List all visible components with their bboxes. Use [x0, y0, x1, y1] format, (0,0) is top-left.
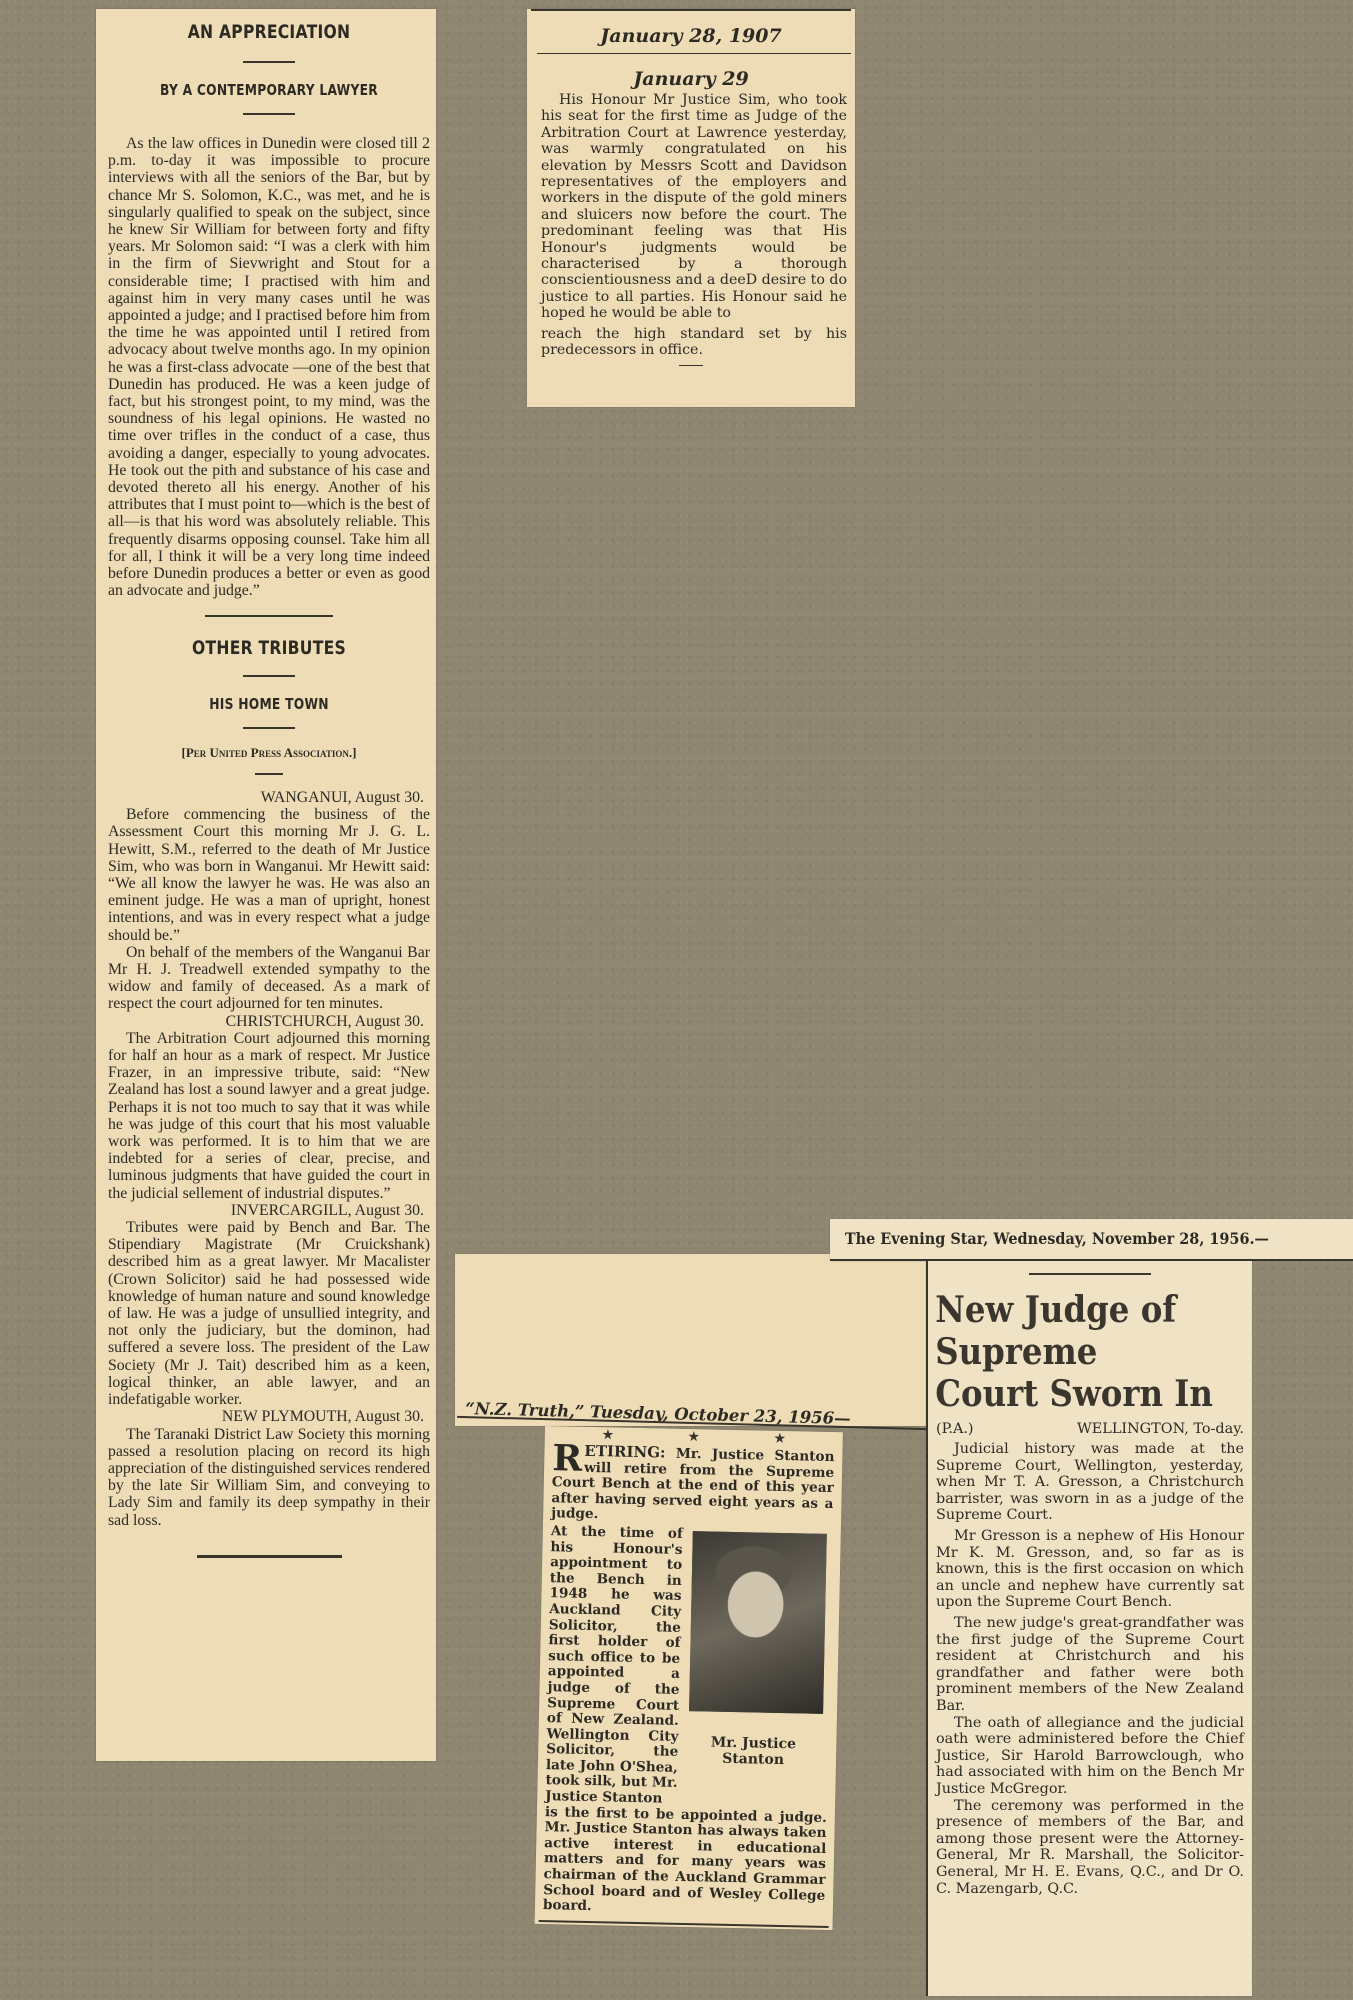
photo-caption: Mr. Justice Stanton — [698, 1735, 809, 1768]
clipping-nz-truth: ★ ★ ★ R ETIRING: Mr. Justice Stanton wil… — [535, 1426, 843, 1930]
dateline-new-plymouth: NEW PLYMOUTH, August 30. — [108, 1408, 430, 1425]
sub-date: January 29 — [527, 68, 855, 90]
report-paragraph: The Arbitration Court adjourned this mor… — [108, 1030, 430, 1202]
agency-credit: [Per United Press Association.] — [108, 745, 430, 761]
divider — [243, 113, 295, 115]
clipping-january-1907: January 28, 1907 January 29 His Honour M… — [527, 9, 855, 407]
article-paragraph: The ceremony was performed in the presen… — [936, 1798, 1244, 1898]
dateline-invercargill: INVERCARGILL, August 30. — [108, 1202, 430, 1219]
dateline: WELLINGTON, To-day. — [1077, 1421, 1244, 1438]
headline-line: New Judge of — [935, 1289, 1219, 1331]
divider — [243, 675, 295, 677]
lead-word: ETIRING: — [584, 1442, 666, 1462]
report-paragraph: The Taranaki District Law Society this m… — [108, 1426, 430, 1529]
source-credit: (P.A.) — [936, 1421, 974, 1438]
portrait-photo — [689, 1531, 827, 1714]
dateline-christchurch: CHRISTCHURCH, August 30. — [108, 1013, 430, 1030]
clipping-evening-star-header: The Evening Star, Wednesday, November 28… — [830, 1219, 1353, 1261]
clipping-nz-truth-header: “N.Z. Truth,” Tuesday, October 23, 1956— — [455, 1254, 927, 1426]
star-icon: ★ — [687, 1429, 700, 1446]
divider — [243, 727, 295, 729]
clipping-appreciation: AN APPRECIATION BY A CONTEMPORARY LAWYER… — [96, 9, 436, 1761]
section-title: OTHER TRIBUTES — [137, 637, 401, 659]
star-icon: ★ — [773, 1431, 786, 1448]
article-subtitle: BY A CONTEMPORARY LAWYER — [137, 81, 401, 99]
article-paragraph-continued: reach the high standard set by his prede… — [541, 326, 847, 359]
article-paragraph: The new judge's great-grandfather was th… — [936, 1615, 1244, 1715]
appreciation-paragraph: As the law offices in Dunedin were close… — [108, 135, 430, 599]
report-paragraph: Tributes were paid by Bench and Bar. The… — [108, 1219, 430, 1408]
divider — [205, 615, 333, 617]
end-rule — [679, 365, 703, 367]
side-text: At the time of his Honour's appointment … — [545, 1523, 683, 1806]
date-header: January 28, 1907 — [527, 25, 855, 47]
report-paragraph: Before commencing the business of the As… — [108, 806, 430, 944]
tail-text: is the first to be appointed a judge. Mr… — [543, 1805, 827, 1920]
article-paragraph: Judicial history was made at the Supreme… — [936, 1441, 1244, 1524]
end-rule — [197, 1555, 342, 1558]
article-paragraph: The oath of allegiance and the judicial … — [936, 1715, 1244, 1798]
clipping-evening-star: New Judge of Supreme Court Sworn In (P.A… — [926, 1261, 1252, 1996]
headline-line: Court Sworn In — [935, 1373, 1219, 1415]
divider — [255, 773, 283, 775]
article-paragraph: Mr Gresson is a nephew of His Honour Mr … — [936, 1528, 1244, 1611]
article-paragraph: His Honour Mr Justice Sim, who took his … — [541, 92, 847, 322]
masthead: The Evening Star, Wednesday, November 28… — [830, 1219, 1316, 1248]
section-subtitle: HIS HOME TOWN — [137, 695, 401, 713]
article-title: AN APPRECIATION — [137, 21, 401, 43]
dateline-wanganui: WANGANUI, August 30. — [108, 789, 430, 806]
headline: New Judge of Supreme Court Sworn In — [928, 1275, 1220, 1415]
report-paragraph: On behalf of the members of the Wanganui… — [108, 944, 430, 1013]
divider — [243, 61, 295, 63]
drop-cap: R — [552, 1443, 583, 1474]
headline-line: Supreme — [935, 1331, 1219, 1373]
